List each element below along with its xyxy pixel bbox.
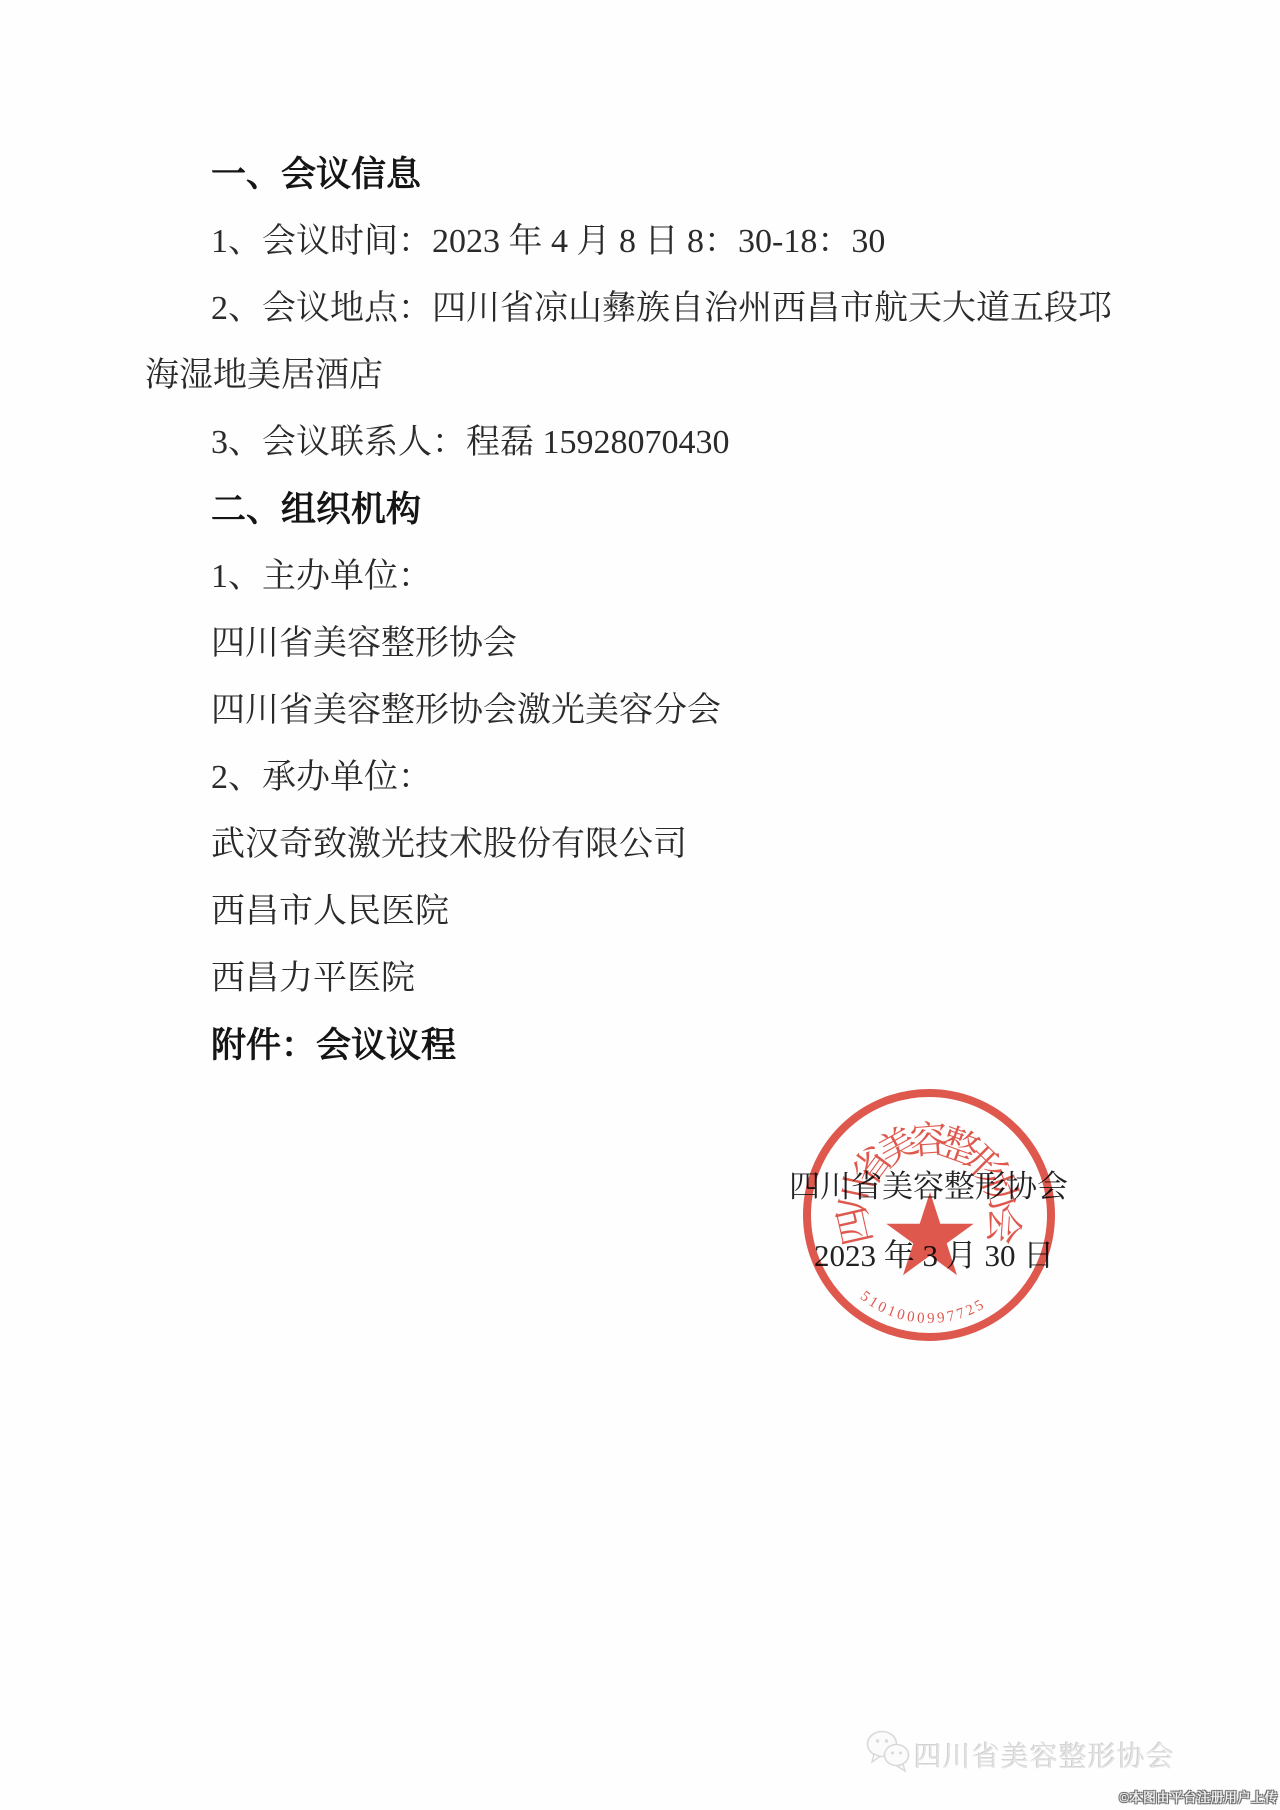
- line-meeting-contact: 3、会议联系人：程磊 15928070430: [145, 409, 1280, 476]
- line-host-label: 1、主办单位：: [145, 543, 1280, 610]
- seal-star-icon: [886, 1192, 973, 1275]
- uploader-watermark: ©本图由平台注册用户上传: [1119, 1787, 1278, 1806]
- line-host-1: 四川省美容整形协会: [145, 610, 1280, 677]
- heading-meeting-info: 一、会议信息: [145, 141, 1280, 208]
- line-organizer-3: 西昌力平医院: [145, 945, 1280, 1012]
- line-organizer-label: 2、承办单位：: [145, 744, 1280, 811]
- line-host-2: 四川省美容整形协会激光美容分会: [145, 677, 1280, 744]
- line-meeting-place: 2、会议地点：四川省凉山彝族自治州西昌市航天大道五段邛: [145, 275, 1280, 342]
- line-meeting-place-cont: 海湿地美居酒店: [145, 342, 1280, 409]
- wechat-chat-bubbles-icon: [864, 1728, 912, 1774]
- official-seal-stamp-icon: 四川省美容整形协会 5101000997725: [779, 1065, 1079, 1365]
- line-meeting-time: 1、会议时间：2023 年 4 月 8 日 8：30-18：30: [145, 208, 1280, 275]
- heading-organization: 二、组织机构: [145, 476, 1280, 543]
- footer-brand-text: 四川省美容整形协会: [914, 1735, 1175, 1775]
- line-organizer-2: 西昌市人民医院: [145, 878, 1280, 945]
- line-organizer-1: 武汉奇致激光技术股份有限公司: [145, 811, 1280, 878]
- heading-attachment: 附件：会议议程: [145, 1012, 1280, 1079]
- document-body: 一、会议信息 1、会议时间：2023 年 4 月 8 日 8：30-18：30 …: [145, 141, 1280, 1079]
